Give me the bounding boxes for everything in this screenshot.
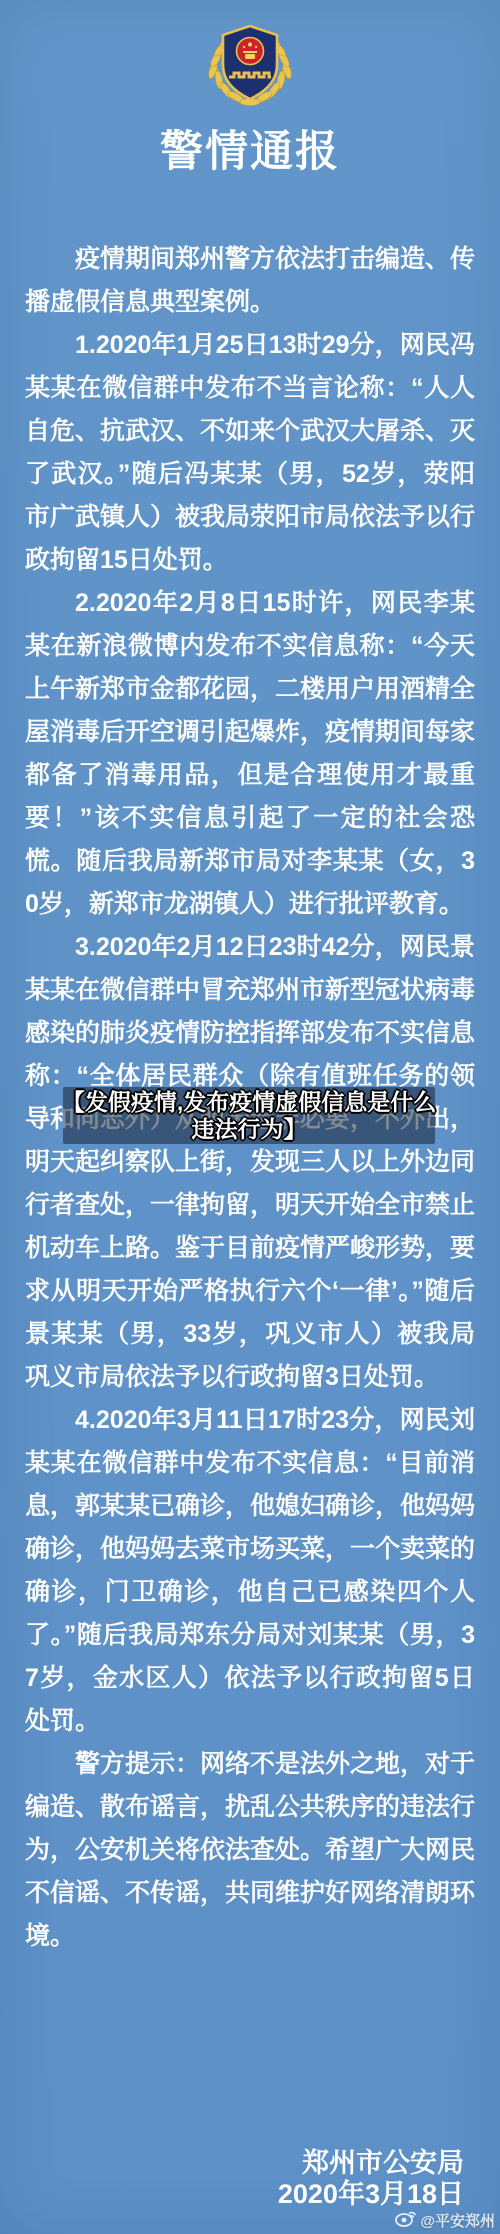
caption-line-1: 【发假疫情,发布疫情虚假信息是什么 xyxy=(62,1089,436,1116)
notice-title: 警情通报 xyxy=(0,118,500,179)
notice-paragraph-case3: 3.2020年2月12日23时42分，网民景某某在微信群中冒充郑州市新型冠状病毒… xyxy=(25,926,475,1399)
caption-line-2: 违法行为】 xyxy=(192,1116,307,1143)
agency-signature: 郑州市公安局 2020年3月18日 xyxy=(278,2148,464,2210)
police-emblem-icon xyxy=(202,20,298,113)
issuer-name: 郑州市公安局 xyxy=(278,2148,464,2179)
watermark-handle: @平安郑州 xyxy=(420,2210,495,2231)
notice-paragraph-intro: 疫情期间郑州警方依法打击编造、传播虚假信息典型案例。 xyxy=(25,238,475,324)
notice-paragraph-case4: 4.2020年3月11日17时23分，网民刘某某在微信群中发布不实信息：“目前消… xyxy=(25,1399,475,1743)
notice-paragraph-tip: 警方提示：网络不是法外之地，对于编造、散布谣言，扰乱公共秩序的违法行为，公安机关… xyxy=(25,1743,475,1958)
notice-paragraph-case2: 2.2020年2月8日15时许，网民李某某在新浪微博内发布不实信息称：“今天上午… xyxy=(25,582,475,926)
police-notice-poster: 警情通报 疫情期间郑州警方依法打击编造、传播虚假信息典型案例。 1.2020年1… xyxy=(0,0,500,2234)
weibo-icon xyxy=(395,2209,417,2231)
notice-paragraph-case1: 1.2020年1月25日13时29分，网民冯某某在微信群中发布不当言论称：“人人… xyxy=(25,324,475,582)
weibo-watermark: @平安郑州 xyxy=(395,2209,495,2231)
caption-overlay: 【发假疫情,发布疫情虚假信息是什么 违法行为】 xyxy=(63,1087,435,1144)
issue-date: 2020年3月18日 xyxy=(278,2179,464,2210)
